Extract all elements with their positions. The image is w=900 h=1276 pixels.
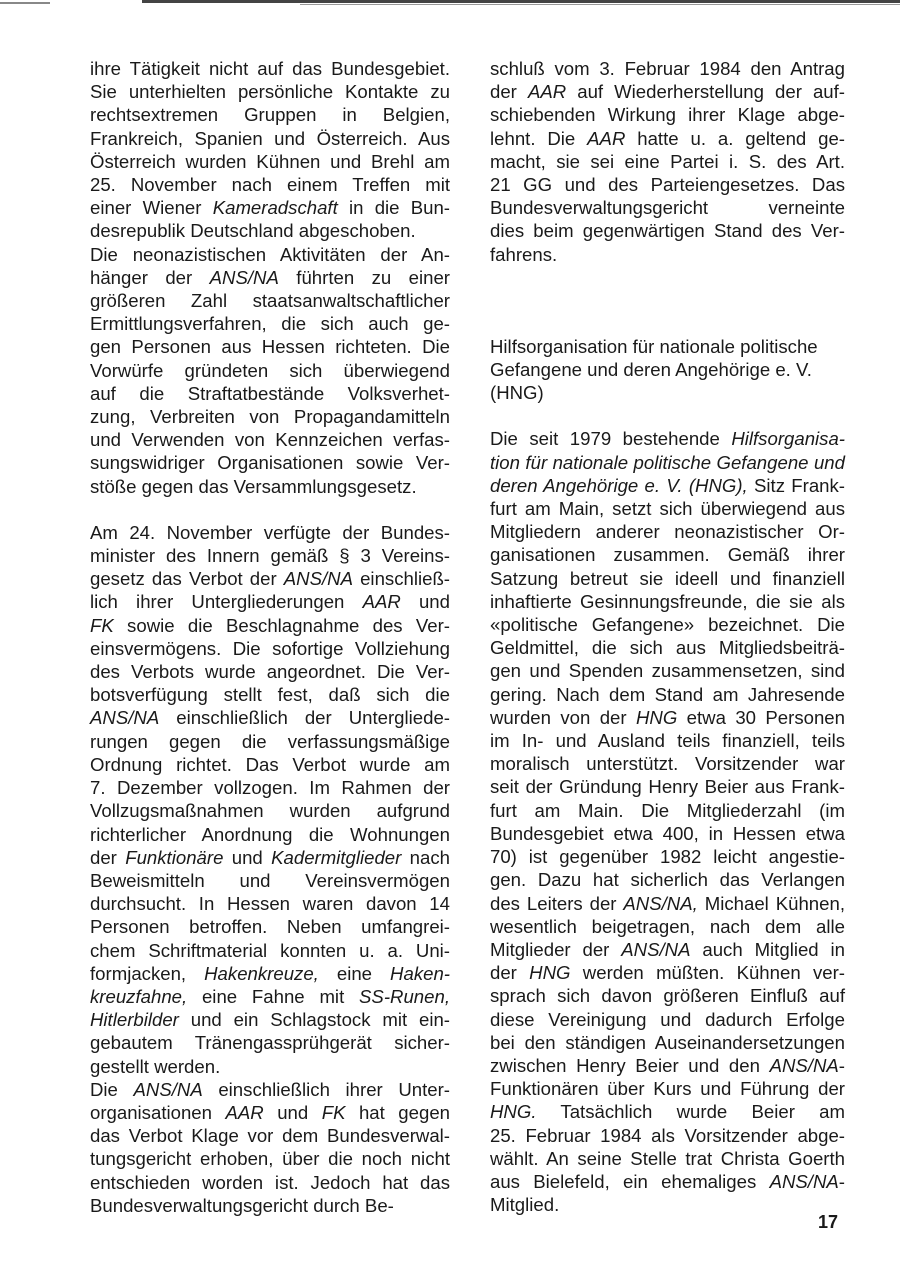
text-line: Hilfsorganisation für nationale politisc… — [490, 335, 845, 358]
text-line: lehnt. Die AAR hatte u. a. geltend ge- — [490, 127, 845, 150]
text-line: hänger der ANS/NA führten zu einer — [90, 266, 450, 289]
text-line: chem Schriftmaterial konnten u. a. Uni- — [90, 939, 450, 962]
text-line: ihre Tätigkeit nicht auf das Bundesgebie… — [90, 57, 450, 80]
paragraph: Die neonazistischen Aktivitäten der An-h… — [90, 243, 450, 498]
text-line: Frankreich, Spanien und Österreich. Aus — [90, 127, 450, 150]
text-line: furt am Main. Die Mitgliederzahl (im — [490, 799, 845, 822]
text-line: Vollzugsmaßnahmen wurden aufgrund — [90, 799, 450, 822]
text-line: bei den ständigen Auseinandersetzungen — [490, 1031, 845, 1054]
text-line: das Verbot Klage vor dem Bundesverwal- — [90, 1124, 450, 1147]
text-line: Am 24. November verfügte der Bundes- — [90, 521, 450, 544]
text-line: Österreich wurden Kühnen und Brehl am — [90, 150, 450, 173]
paragraph: ihre Tätigkeit nicht auf das Bundesgebie… — [90, 57, 450, 243]
top-rule-thin — [300, 4, 900, 5]
text-line: im In- und Ausland teils finanziell, tei… — [490, 729, 845, 752]
text-line: gen Personen aus Hessen richteten. Die — [90, 335, 450, 358]
text-line: aus Bielefeld, ein ehemaliges ANS/NA- — [490, 1170, 845, 1193]
text-line: diese Vereinigung und dadurch Erfolge — [490, 1008, 845, 1031]
text-line: schiebenden Wirkung ihrer Klage abge- — [490, 103, 845, 126]
paragraph: Am 24. November verfügte der Bundes-mini… — [90, 521, 450, 1078]
paragraph: Die ANS/NA einschließlich ihrer Unter-or… — [90, 1078, 450, 1217]
text-line: entschieden worden ist. Jedoch hat das — [90, 1171, 450, 1194]
text-line: Sie unterhielten persönliche Kontakte zu — [90, 80, 450, 103]
text-line: 70) ist gegenüber 1982 leicht angestie- — [490, 845, 845, 868]
text-line: schluß vom 3. Februar 1984 den Antrag — [490, 57, 845, 80]
text-line: einer Wiener Kameradschaft in die Bun- — [90, 196, 450, 219]
text-line: dies beim gegenwärtigen Stand des Ver- — [490, 219, 845, 242]
text-line: moralisch unterstützt. Vorsitzender war — [490, 752, 845, 775]
text-line: Die neonazistischen Aktivitäten der An- — [90, 243, 450, 266]
text-line: Gefangene und deren Angehörige e. V. — [490, 358, 845, 381]
text-line: gestellt werden. — [90, 1055, 450, 1078]
text-line: Die seit 1979 bestehende Hilfsorganisa- — [490, 427, 845, 450]
text-line: furt am Main, setzt sich überwiegend aus — [490, 497, 845, 520]
text-line: Beweismitteln und Vereinsvermögen — [90, 869, 450, 892]
text-line: macht, sie sei eine Partei i. S. des Art… — [490, 150, 845, 173]
text-line: sprach sich davon größeren Einfluß auf — [490, 984, 845, 1007]
text-line: (HNG) — [490, 381, 845, 404]
text-line: Geldmittel, die sich aus Mitgliedsbeiträ… — [490, 636, 845, 659]
text-line: Bundesverwaltungsgericht verneinte — [490, 196, 845, 219]
text-line: Mitglied. — [490, 1193, 845, 1216]
text-line: Vorwürfe gründeten sich überwiegend — [90, 359, 450, 382]
text-line: größeren Zahl staatsanwaltschaftlicher — [90, 289, 450, 312]
text-line: rungen gegen die verfassungsmäßige — [90, 730, 450, 753]
text-line: Hitlerbilder und ein Schlagstock mit ein… — [90, 1008, 450, 1031]
text-line: Funktionären über Kurs und Führung der — [490, 1077, 845, 1100]
text-line: Satzung betreut sie ideell und finanziel… — [490, 567, 845, 590]
text-line: gering. Nach dem Stand am Jahresende — [490, 683, 845, 706]
right-column: schluß vom 3. Februar 1984 den Antragder… — [490, 57, 845, 1216]
text-line: wesentlich beigetragen, nach dem alle — [490, 915, 845, 938]
text-line: zwischen Henry Beier und den ANS/NA- — [490, 1054, 845, 1077]
text-line: gebautem Tränengassprühgerät sicher- — [90, 1031, 450, 1054]
text-line: durchsucht. In Hessen waren davon 14 — [90, 892, 450, 915]
text-line: wählt. An seine Stelle trat Christa Goer… — [490, 1147, 845, 1170]
text-line: auf die Straftatbestände Volksverhet- — [90, 382, 450, 405]
text-line: Ordnung richtet. Das Verbot wurde am — [90, 753, 450, 776]
text-line: gen und Spenden zusammensetzen, sind — [490, 659, 845, 682]
text-line: Personen betroffen. Neben umfangrei- — [90, 915, 450, 938]
text-line: 25. Februar 1984 als Vorsitzender abge- — [490, 1124, 845, 1147]
text-line: gen. Dazu hat sicherlich das Verlangen — [490, 868, 845, 891]
page-number: 17 — [818, 1212, 838, 1233]
text-line: Bundesverwaltungsgericht durch Be- — [90, 1194, 450, 1217]
text-line: Die ANS/NA einschließlich ihrer Unter- — [90, 1078, 450, 1101]
top-rule-left — [0, 2, 50, 4]
text-line: ganisationen zusammen. Gemäß ihrer — [490, 543, 845, 566]
text-line: einsvermögens. Die sofortige Vollziehung — [90, 637, 450, 660]
text-line: gesetz das Verbot der ANS/NA einschließ- — [90, 567, 450, 590]
section-heading: Hilfsorganisation für nationale politisc… — [490, 335, 845, 405]
text-line: minister des Innern gemäß § 3 Vereins- — [90, 544, 450, 567]
text-line: 21 GG und des Parteiengesetzes. Das — [490, 173, 845, 196]
text-line: inhaftierte Gesinnungsfreunde, die sie a… — [490, 590, 845, 613]
text-line: richterlicher Anordnung die Wohnungen — [90, 823, 450, 846]
text-line: des Verbots wurde angeordnet. Die Ver- — [90, 660, 450, 683]
text-line: Ermittlungsverfahren, die sich auch ge- — [90, 312, 450, 335]
text-line: tion für nationale politische Gefangene … — [490, 451, 845, 474]
text-line: der AAR auf Wiederherstellung der auf- — [490, 80, 845, 103]
text-line: deren Angehörige e. V. (HNG), Sitz Frank… — [490, 474, 845, 497]
text-line: rechtsextremen Gruppen in Belgien, — [90, 103, 450, 126]
text-line: FK sowie die Beschlagnahme des Ver- — [90, 614, 450, 637]
text-line: formjacken, Hakenkreuze, eine Haken- — [90, 962, 450, 985]
text-line: der HNG werden müßten. Kühnen ver- — [490, 961, 845, 984]
paragraph: Die seit 1979 bestehende Hilfsorganisa-t… — [490, 427, 845, 1216]
text-line: 25. November nach einem Treffen mit — [90, 173, 450, 196]
paragraph: schluß vom 3. Februar 1984 den Antragder… — [490, 57, 845, 266]
text-line: 7. Dezember vollzogen. Im Rahmen der — [90, 776, 450, 799]
text-line: zung, Verbreiten von Propagandamitteln — [90, 405, 450, 428]
text-line: organisationen AAR und FK hat gegen — [90, 1101, 450, 1124]
text-line: Mitgliedern anderer neonazistischer Or- — [490, 520, 845, 543]
text-line: Mitglieder der ANS/NA auch Mitglied in — [490, 938, 845, 961]
text-line: botsverfügung stellt fest, daß sich die — [90, 683, 450, 706]
text-line: desrepublik Deutschland abgeschoben. — [90, 219, 450, 242]
text-line: stöße gegen das Versammlungsgesetz. — [90, 475, 450, 498]
text-line: ANS/NA einschließlich der Untergliede- — [90, 706, 450, 729]
top-rule — [142, 0, 900, 3]
text-line: der Funktionäre und Kadermitglieder nach — [90, 846, 450, 869]
text-line: fahrens. — [490, 243, 845, 266]
text-line: «politische Gefangene» bezeichnet. Die — [490, 613, 845, 636]
text-line: des Leiters der ANS/NA, Michael Kühnen, — [490, 892, 845, 915]
text-line: tungsgericht erhoben, über die noch nich… — [90, 1147, 450, 1170]
text-line: seit der Gründung Henry Beier aus Frank- — [490, 775, 845, 798]
text-line: und Verwenden von Kennzeichen verfas- — [90, 428, 450, 451]
text-line: HNG. Tatsächlich wurde Beier am — [490, 1100, 845, 1123]
text-line: kreuzfahne, eine Fahne mit SS-Runen, — [90, 985, 450, 1008]
text-line: sungswidriger Organisationen sowie Ver- — [90, 451, 450, 474]
text-line: lich ihrer Untergliederungen AAR und — [90, 590, 450, 613]
text-line: Bundesgebiet etwa 400, in Hessen etwa — [490, 822, 845, 845]
text-line: wurden von der HNG etwa 30 Personen — [490, 706, 845, 729]
left-column: ihre Tätigkeit nicht auf das Bundesgebie… — [90, 57, 450, 1217]
